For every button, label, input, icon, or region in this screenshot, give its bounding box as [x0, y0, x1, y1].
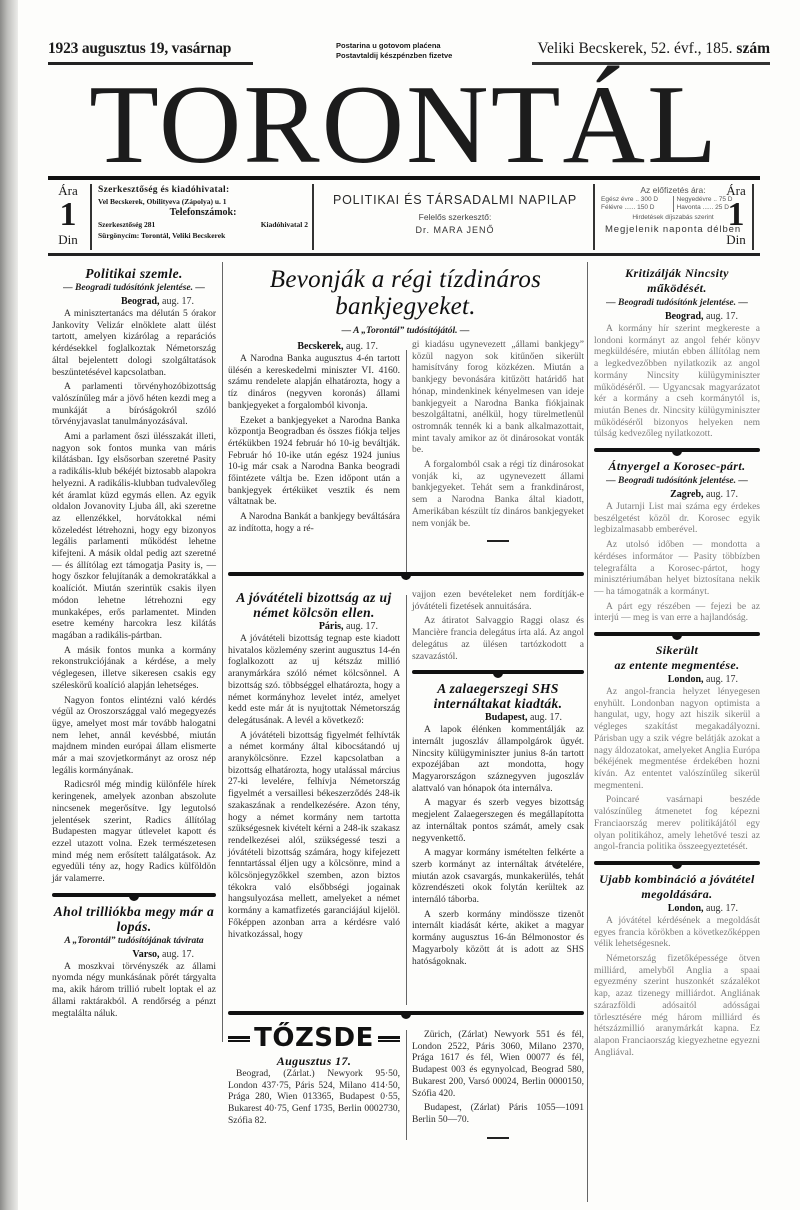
article-byline: — Beogradi tudósítónk jelentése. — — [594, 474, 760, 488]
article-paragraph: A kormány hír szerint megkereste a londo… — [594, 324, 760, 441]
issue-date: 1923 augusztus 19, vasárnap — [48, 40, 231, 58]
stock-exchange-left: TŐZSDE Augusztus 17. Beograd, (Zárlat.) … — [228, 1020, 400, 1131]
article-paragraph: A minisztertanács ma délután 5 órakor Ja… — [52, 309, 216, 379]
ornamental-divider — [594, 629, 760, 639]
article-byline: — A „Torontál” tudósítójától. — — [228, 324, 583, 338]
ornamental-divider — [228, 569, 584, 579]
article-headline: Politikai szemle. — [52, 266, 216, 281]
article-headline: Átnyergel a Korosec-párt. — [594, 459, 760, 474]
price-box-left: Ára 1 Din — [48, 184, 88, 252]
dateline-place: Budapest, — [485, 712, 528, 723]
price-number: 1 — [48, 198, 88, 232]
article-paragraph: Az utolsó időben — mondotta a kérdéses i… — [594, 540, 760, 599]
article-paragraph: A lapok élénken kommentálják az internál… — [412, 725, 584, 795]
article-paragraph: A moszkvai törvényszék az állami nyomda … — [52, 962, 216, 1021]
article-paragraph: A másik fontos munka a kormány rekonstru… — [52, 646, 216, 693]
article-paragraph: A jóvátétel kérdésének a megoldását egye… — [594, 916, 760, 951]
office-info: Szerkesztőség és kiadóhivatal: Vel Becsk… — [98, 184, 308, 241]
article-paragraph: A Narodna Bankát a bankjegy beváltására … — [228, 512, 400, 535]
dateline-date: aug. 17. — [706, 903, 738, 914]
dateline-date: aug. 17. — [346, 341, 378, 352]
dateline-date: aug. 17. — [706, 489, 738, 500]
article-paragraph: A jóvátételi bizottság figyelmét felhívt… — [228, 731, 400, 942]
info-band: Ára 1 Din Szerkesztőség és kiadóhivatal:… — [48, 180, 760, 254]
band-divider — [312, 184, 314, 250]
column-rule — [587, 262, 588, 1202]
divider-row — [228, 565, 584, 583]
lead-headline: Bevonják a régi tízdináros bankjegyeket. — [228, 266, 583, 320]
article-paragraph: A magyar kormány ismételten felkérte a s… — [412, 848, 584, 907]
column-2: A jóvátételi bizottság az uj német kölcs… — [228, 590, 400, 944]
ornamental-divider — [228, 1008, 584, 1018]
price-year: Egész évre .. 300 D — [601, 196, 670, 204]
newspaper-page: 1923 augusztus 19, vasárnap Postarina u … — [0, 0, 800, 1210]
article-headline: A jóvátételi bizottság az uj német kölcs… — [228, 590, 400, 620]
price-half-year: Félévre ...... 150 D — [601, 204, 670, 212]
dateline-place: Beograd, — [665, 311, 704, 322]
price-box-right: Ára 1 Din — [716, 184, 756, 252]
volume-prefix: Veliki Becskerek, 52. évf., 185. — [538, 40, 733, 57]
newspaper-title: TORONTÁL — [41, 76, 767, 174]
dateline-date: aug. 17. — [530, 712, 562, 723]
article-headline: A zalaegerszegi SHS internáltakat kiadtá… — [412, 681, 584, 711]
office-heading: Szerkesztőség és kiadóhivatal: — [98, 184, 308, 196]
stock-exchange-date: Augusztus 17. — [228, 1054, 400, 1069]
column-4: Kritizálják Nincsity működését. — Beogra… — [594, 266, 760, 1062]
article-paragraph: A Narodna Banka augusztus 4-én tartott ü… — [228, 354, 400, 413]
article-byline: — Beogradi tudósítónk jelentése. — — [52, 281, 216, 295]
volume-number: Veliki Becskerek, 52. évf., 185. szám — [538, 40, 770, 58]
postage-line-1: Postarina u gotovom plaćena — [336, 41, 452, 51]
scan-edge-shadow — [0, 0, 18, 1210]
article-paragraph: Németország fizetőképessége ötven milliá… — [594, 954, 760, 1059]
article-paragraph: Ezeket a bankjegyeket a Narodna Banka kö… — [228, 416, 400, 510]
editor-label: Felelős szerkesztő: — [320, 210, 590, 224]
ornamental-divider — [594, 858, 760, 868]
band-bottom-rule — [48, 253, 760, 256]
price-currency: Din — [48, 232, 88, 248]
article-paragraph: gi kiadásu ugynevezett „állami bankjegy”… — [412, 340, 584, 457]
postage-note: Postarina u gotovom plaćena Postavtaldij… — [336, 41, 452, 61]
article-paragraph: Ami a parlament őszi ülésszakát illeti, … — [52, 432, 216, 643]
article-dateline: Beograd, aug. 17. — [52, 295, 216, 309]
article-byline: — Beogradi tudósítónk jelentése. — — [594, 296, 760, 310]
dateline-date: aug. 17. — [162, 296, 194, 307]
article-paragraph: Az átiratot Salvaggio Raggi olasz és Man… — [412, 616, 584, 663]
exchange-rates-beograd: Beograd, (Zárlat.) Newyork 95·50, London… — [228, 1069, 400, 1128]
dateline-place: Beograd, — [121, 296, 160, 307]
article-dateline: Zagreb, aug. 17. — [594, 488, 760, 502]
column-rule — [406, 1030, 407, 1140]
band-divider — [593, 184, 595, 250]
stock-exchange-right: Zürich, (Zárlat) Newyork 551 és fél, Lon… — [412, 1030, 584, 1139]
lead-story-left: Becskerek, aug. 17. A Narodna Banka augu… — [228, 340, 400, 539]
price-number: 1 — [716, 198, 756, 232]
lead-story-header: Bevonják a régi tízdináros bankjegyeket.… — [228, 266, 583, 338]
dateline-place: Becskerek, — [297, 341, 343, 352]
article-headline: Ahol trilliókba megy már a lopás. — [52, 904, 216, 934]
price-currency: Din — [716, 232, 756, 248]
article-paragraph: Nagyon fontos elintézni való kérdés végü… — [52, 696, 216, 778]
logo-ornament-left — [228, 1036, 250, 1042]
ornamental-divider — [594, 445, 760, 455]
article-headline: Kritizálják Nincsity működését. — [594, 266, 760, 296]
exchange-rates-zurich: Zürich, (Zárlat) Newyork 551 és fél, Lon… — [412, 1030, 584, 1100]
column-rule — [406, 595, 407, 1005]
dateline-place: Zagreb, — [670, 489, 703, 500]
article-paragraph: Radicsról még mindig különféle hírek ker… — [52, 780, 216, 885]
article-paragraph: A párt egy részében — fejezi be az inter… — [594, 602, 760, 625]
editor-name: Dr. MARA JENŐ — [320, 224, 590, 236]
dateline-place: Páris, — [319, 621, 344, 632]
end-rule — [487, 1137, 509, 1139]
article-headline-line-2: az entente megmentése. — [594, 658, 760, 673]
dateline-place: London, — [668, 674, 704, 685]
volume-suffix: szám — [736, 40, 770, 57]
dateline-date: aug. 17. — [706, 674, 738, 685]
logo-ornament-right — [378, 1036, 400, 1042]
article-paragraph: vajjon ezen bevételeket nem fordítják-e … — [412, 590, 584, 613]
exchange-rates-budapest: Budapest, (Zárlat) Páris 1055—1091 Berli… — [412, 1103, 584, 1126]
article-paragraph: A Jutarnji List mai száma egy érdekes be… — [594, 502, 760, 537]
article-paragraph: Az angol-francia helyzet lényegesen enyh… — [594, 687, 760, 792]
article-dateline: Páris, aug. 17. — [228, 620, 400, 634]
column-rule — [222, 262, 223, 1042]
telegraph-address: Sürgönycím: Torontál, Veliki Becskerek — [98, 230, 308, 241]
masthead-topline: 1923 augusztus 19, vasárnap Postarina u … — [48, 40, 770, 64]
dateline-place: Varso, — [132, 949, 159, 960]
article-dateline: Beograd, aug. 17. — [594, 310, 760, 324]
lead-story-right: gi kiadásu ugynevezett „állami bankjegy”… — [412, 340, 584, 542]
end-rule — [487, 540, 509, 542]
stock-exchange-logo: TŐZSDE — [228, 1024, 400, 1054]
stock-exchange-title: TŐZSDE — [250, 1033, 378, 1045]
article-paragraph: A forgalomból csak a régi tíz dinárosoka… — [412, 460, 584, 530]
dateline-place: London, — [668, 903, 704, 914]
article-headline: Sikerült — [594, 643, 760, 658]
article-paragraph: A jóvátételi bizottság tegnap este kiado… — [228, 634, 400, 728]
dateline-date: aug. 17. — [346, 621, 378, 632]
article-byline: A „Torontál” tudósítójának távirata — [52, 934, 216, 948]
dateline-date: aug. 17. — [706, 311, 738, 322]
ornamental-divider — [52, 890, 216, 900]
article-dateline: Budapest, aug. 17. — [412, 711, 584, 725]
band-divider — [90, 184, 92, 250]
article-dateline: London, aug. 17. — [594, 673, 760, 687]
article-paragraph: A szerb kormány mindössze tizenöt intern… — [412, 910, 584, 969]
article-paragraph: A magyar és szerb vegyes bizottság megje… — [412, 798, 584, 845]
article-dateline: Varso, aug. 17. — [52, 948, 216, 962]
ornamental-divider — [412, 667, 584, 677]
dateline-date: aug. 17. — [162, 949, 194, 960]
article-dateline: Becskerek, aug. 17. — [228, 340, 400, 354]
phone-publisher: Kiadóhivatal 2 — [261, 219, 308, 230]
article-paragraph: Poincaré vasárnapi beszéde valószínűleg … — [594, 795, 760, 854]
phones-heading: Telefonszámok: — [98, 207, 308, 219]
postage-line-2: Postavtaldij készpénzben fizetve — [336, 51, 452, 61]
phone-editorial: Szerkesztőség 281 — [98, 219, 155, 230]
article-paragraph: A parlamenti törvényhozóbizottság valósz… — [52, 382, 216, 429]
office-address: Vel Becskerek, Obilityeva (Zápolya) u. 1 — [98, 196, 308, 207]
column-3: vajjon ezen bevételeket nem fordítják-e … — [412, 590, 584, 971]
article-headline: Ujabb kombináció a jóvátétel megoldására… — [594, 872, 760, 902]
column-1: Politikai szemle. — Beogradi tudósítónk … — [52, 266, 216, 1023]
paper-tagline: POLITIKAI ÉS TÁRSADALMI NAPILAP — [320, 192, 590, 208]
paper-tagline-box: POLITIKAI ÉS TÁRSADALMI NAPILAP Felelős … — [320, 192, 590, 236]
phones-row: Szerkesztőség 281 Kiadóhivatal 2 — [98, 219, 308, 230]
article-dateline: London, aug. 17. — [594, 902, 760, 916]
column-rule — [406, 350, 407, 580]
